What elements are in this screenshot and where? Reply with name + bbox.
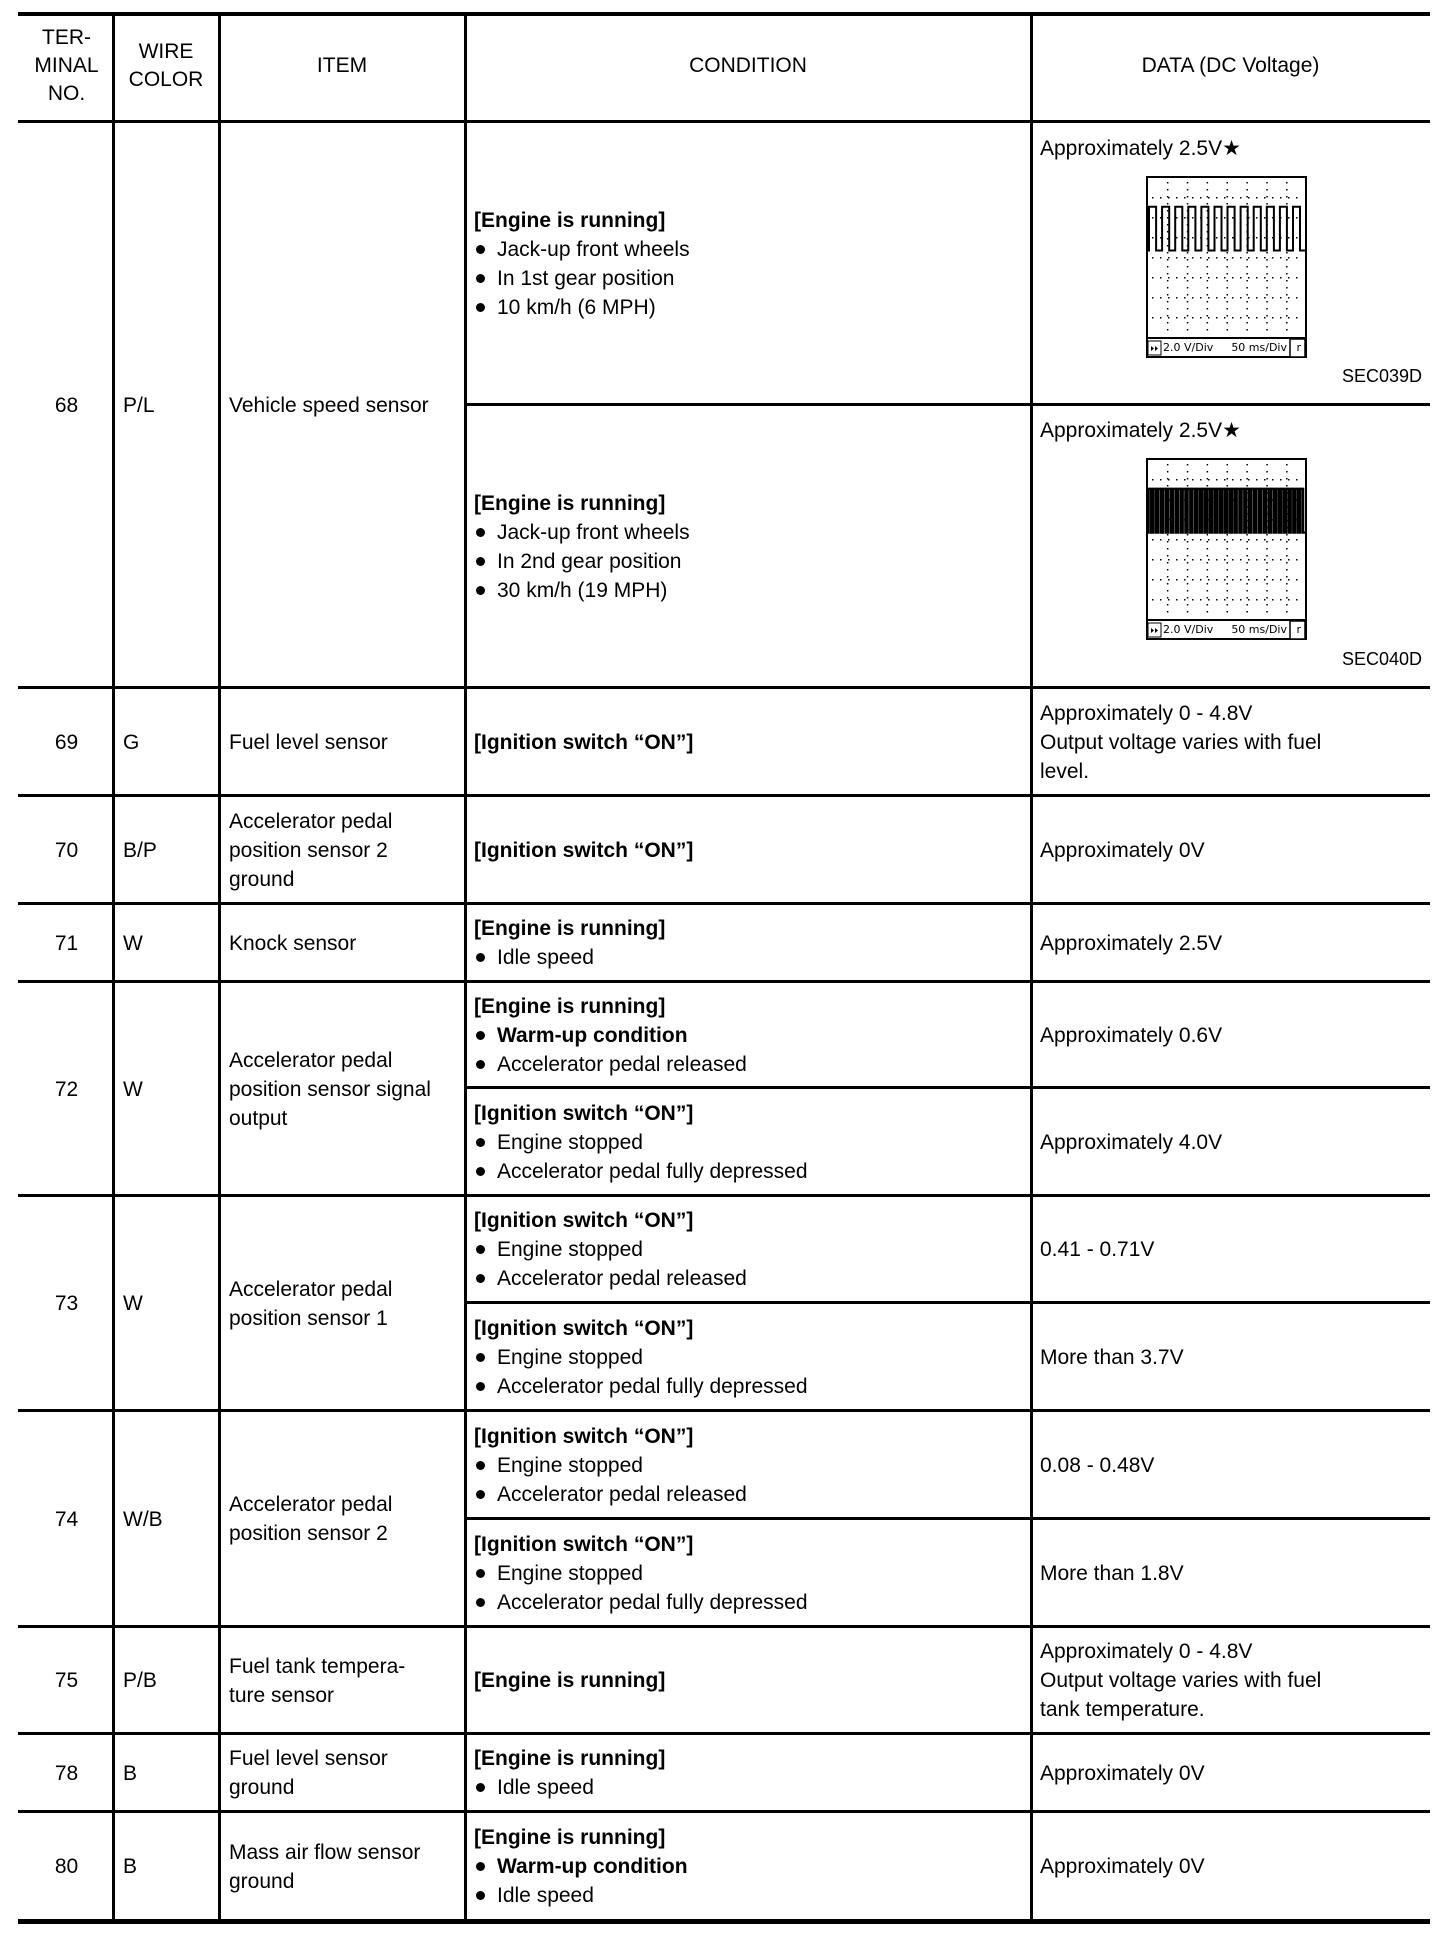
text-line: Approximately 2.5V <box>1040 929 1430 958</box>
table-rule <box>18 120 1430 123</box>
condition-bullet: Jack-up front wheels <box>474 518 1031 547</box>
condition-bullet: In 1st gear position <box>474 264 1031 293</box>
condition-bullet-text: In 1st gear position <box>497 264 674 293</box>
condition-bullet: Accelerator pedal fully depressed <box>474 1588 1031 1617</box>
condition: [Ignition switch “ON”]Engine stoppedAcce… <box>465 1197 1031 1302</box>
condition: [Ignition switch “ON”] <box>465 689 1031 795</box>
text-line: Fuel level sensor <box>229 728 461 757</box>
wire-color: W <box>113 905 219 981</box>
condition-bullet-text: Idle speed <box>497 943 594 972</box>
text-line: 0.41 - 0.71V <box>1040 1235 1430 1264</box>
condition-bullet-text: Idle speed <box>497 1881 594 1910</box>
data-value: Approximately 0 - 4.8VOutput voltage var… <box>1031 689 1430 795</box>
wire-color: W <box>113 983 219 1195</box>
wire-color: B <box>113 1813 219 1920</box>
condition-bullet: In 2nd gear position <box>474 547 1031 576</box>
bullet-icon <box>476 1569 485 1578</box>
wire-color: P/L <box>113 124 219 687</box>
condition-bullet: Accelerator pedal released <box>474 1264 1031 1293</box>
item-name: Fuel level sensorground <box>219 1735 465 1811</box>
text-line: MINAL <box>34 52 98 80</box>
condition-bullet-text: Jack-up front wheels <box>497 235 690 264</box>
condition-bullet-text: Engine stopped <box>497 1128 643 1157</box>
condition-title: [Ignition switch “ON”] <box>474 836 1031 865</box>
header-terminal-no: TER-MINALNO. <box>20 12 113 120</box>
terminal-number: 72 <box>20 983 113 1195</box>
text-line: Approximately 0 - 4.8V <box>1040 1637 1430 1666</box>
wire-color: P/B <box>113 1628 219 1733</box>
bullet-icon <box>476 1783 485 1792</box>
condition-bullet: Engine stopped <box>474 1343 1031 1372</box>
time-per-div-label: 50 ms/Div <box>1231 340 1287 356</box>
condition-bullet: Engine stopped <box>474 1451 1031 1480</box>
condition-bullet: Accelerator pedal fully depressed <box>474 1372 1031 1401</box>
text-line: TER- <box>42 24 91 52</box>
bullet-icon <box>476 528 485 537</box>
condition: [Ignition switch “ON”]Engine stoppedAcce… <box>465 1520 1031 1626</box>
condition-bullet: Accelerator pedal fully depressed <box>474 1157 1031 1186</box>
data-value: 0.41 - 0.71V <box>1031 1197 1430 1302</box>
time-per-div-label: 50 ms/Div <box>1231 622 1287 638</box>
header-condition: CONDITION <box>465 12 1031 120</box>
condition-bullet-text: 10 km/h (6 MPH) <box>497 293 656 322</box>
text-line: ground <box>229 865 461 894</box>
condition-title: [Engine is running] <box>474 489 1031 518</box>
text-line: Output voltage varies with fuel <box>1040 1666 1430 1695</box>
bullet-icon <box>476 953 485 962</box>
bullet-icon <box>476 1490 485 1499</box>
bullet-icon <box>476 1353 485 1362</box>
text-line: Approximately 4.0V <box>1040 1128 1430 1157</box>
text-line: Approximately 0.6V <box>1040 1021 1430 1050</box>
condition-bullet-text: Jack-up front wheels <box>497 518 690 547</box>
text-line: More than 1.8V <box>1040 1559 1430 1588</box>
condition-bullet-text: Accelerator pedal released <box>497 1050 747 1079</box>
text-line: Approximately 2.5V★ <box>1040 416 1430 445</box>
text-line: ground <box>229 1773 461 1802</box>
condition-bullet-text: Engine stopped <box>497 1235 643 1264</box>
condition-title: [Engine is running] <box>474 1744 1031 1773</box>
condition: [Ignition switch “ON”]Engine stoppedAcce… <box>465 1412 1031 1518</box>
data-value: Approximately 0 - 4.8VOutput voltage var… <box>1031 1628 1430 1733</box>
wire-color: W/B <box>113 1412 219 1626</box>
item-name: Vehicle speed sensor <box>219 124 465 687</box>
condition-bullet: Idle speed <box>474 943 1031 972</box>
text-line: NO. <box>48 80 85 108</box>
condition-title: [Ignition switch “ON”] <box>474 1099 1031 1128</box>
condition: [Engine is running]Idle speed <box>465 1735 1031 1811</box>
oscilloscope-waveform: 2.0 V/Div50 ms/Divr <box>1146 458 1307 640</box>
text-line: position sensor 1 <box>229 1304 461 1333</box>
data-value: 0.08 - 0.48V <box>1031 1412 1430 1518</box>
text-line: position sensor signal <box>229 1075 461 1104</box>
bullet-icon <box>476 1245 485 1254</box>
data-value: Approximately 0V <box>1031 797 1430 903</box>
condition: [Engine is running] <box>465 1628 1031 1733</box>
bullet-icon <box>476 1138 485 1147</box>
condition-bullet-text: Accelerator pedal fully depressed <box>497 1588 808 1617</box>
text-line: WIRE <box>139 38 194 66</box>
condition-title: [Engine is running] <box>474 992 1031 1021</box>
bullet-icon <box>476 274 485 283</box>
condition: [Ignition switch “ON”]Engine stoppedAcce… <box>465 1304 1031 1410</box>
data-value: Approximately 0V <box>1031 1813 1430 1920</box>
figure-id: SEC039D <box>1342 366 1422 386</box>
condition-bullet-text: Warm-up condition <box>497 1852 688 1881</box>
trigger-label: r <box>1296 622 1301 638</box>
text-line: More than 3.7V <box>1040 1343 1430 1372</box>
bullet-icon <box>476 1382 485 1391</box>
text-line: Fuel tank tempera- <box>229 1652 461 1681</box>
volts-per-div-label: 2.0 V/Div <box>1163 622 1213 638</box>
data-value: Approximately 0V <box>1031 1735 1430 1811</box>
condition-bullet: Engine stopped <box>474 1235 1031 1264</box>
bullet-icon <box>476 1598 485 1607</box>
condition-bullet-text: Warm-up condition <box>497 1021 688 1050</box>
data-value: Approximately 4.0V <box>1031 1089 1430 1195</box>
trigger-label: r <box>1296 340 1301 356</box>
header-data: DATA (DC Voltage) <box>1031 12 1430 120</box>
item-name: Knock sensor <box>219 905 465 981</box>
data-value: Approximately 0.6V <box>1031 983 1430 1087</box>
text-line: Approximately 0V <box>1040 836 1430 865</box>
condition-bullet-text: Accelerator pedal fully depressed <box>497 1157 808 1186</box>
text-line: Accelerator pedal <box>229 807 461 836</box>
bullet-icon <box>476 1060 485 1069</box>
text-line: Mass air flow sensor <box>229 1838 461 1867</box>
condition: [Ignition switch “ON”]Engine stoppedAcce… <box>465 1089 1031 1195</box>
wire-color: B/P <box>113 797 219 903</box>
condition: [Engine is running]Idle speed <box>465 905 1031 981</box>
text-line: Accelerator pedal <box>229 1490 461 1519</box>
condition-bullet: Jack-up front wheels <box>474 235 1031 264</box>
item-name: Fuel level sensor <box>219 689 465 795</box>
condition-bullet-text: Engine stopped <box>497 1343 643 1372</box>
condition-bullet: 30 km/h (19 MPH) <box>474 576 1031 605</box>
oscilloscope-waveform: 2.0 V/Div50 ms/Divr <box>1146 176 1307 358</box>
condition-title: [Ignition switch “ON”] <box>474 1530 1031 1559</box>
bullet-icon <box>476 586 485 595</box>
condition: [Ignition switch “ON”] <box>465 797 1031 903</box>
condition-title: [Engine is running] <box>474 1666 1031 1695</box>
condition-bullet: Idle speed <box>474 1881 1031 1910</box>
condition: [Engine is running]Warm-up conditionAcce… <box>465 983 1031 1087</box>
terminal-number: 70 <box>20 797 113 903</box>
bullet-icon <box>476 1274 485 1283</box>
terminal-number: 74 <box>20 1412 113 1626</box>
condition-bullet: Engine stopped <box>474 1128 1031 1157</box>
text-line: Approximately 0 - 4.8V <box>1040 699 1430 728</box>
bullet-icon <box>476 1862 485 1871</box>
condition-title: [Ignition switch “ON”] <box>474 728 1031 757</box>
condition-title: [Engine is running] <box>474 206 1031 235</box>
bullet-icon <box>476 1167 485 1176</box>
condition-bullet-text: Accelerator pedal released <box>497 1264 747 1293</box>
condition-bullet-text: Accelerator pedal fully depressed <box>497 1372 808 1401</box>
text-line: Approximately 0V <box>1040 1852 1430 1881</box>
condition-title: [Ignition switch “ON”] <box>474 1314 1031 1343</box>
text-line: tank temperature. <box>1040 1695 1430 1724</box>
volts-per-div-label: 2.0 V/Div <box>1163 340 1213 356</box>
condition-bullet: Idle speed <box>474 1773 1031 1802</box>
condition-title: [Ignition switch “ON”] <box>474 1422 1031 1451</box>
text-line: Approximately 2.5V★ <box>1040 134 1430 163</box>
text-line: Accelerator pedal <box>229 1046 461 1075</box>
text-line: Approximately 0V <box>1040 1759 1430 1788</box>
text-line: output <box>229 1104 461 1133</box>
bullet-icon <box>476 1461 485 1470</box>
condition-bullet: Engine stopped <box>474 1559 1031 1588</box>
terminal-number: 78 <box>20 1735 113 1811</box>
item-name: Accelerator pedalposition sensor 2ground <box>219 797 465 903</box>
text-line: level. <box>1040 757 1430 786</box>
condition-title: [Ignition switch “ON”] <box>474 1206 1031 1235</box>
text-line: ground <box>229 1867 461 1896</box>
condition: [Engine is running]Warm-up conditionIdle… <box>465 1813 1031 1920</box>
text-line: position sensor 2 <box>229 1519 461 1548</box>
bullet-icon <box>476 557 485 566</box>
terminal-number: 68 <box>20 124 113 687</box>
header-item: ITEM <box>219 12 465 120</box>
text-line: Knock sensor <box>229 929 461 958</box>
text-line: Fuel level sensor <box>229 1744 461 1773</box>
figure-id: SEC040D <box>1342 649 1422 669</box>
text-line: Accelerator pedal <box>229 1275 461 1304</box>
condition: [Engine is running]Jack-up front wheelsI… <box>465 406 1031 687</box>
wire-color: G <box>113 689 219 795</box>
condition-bullet-text: Engine stopped <box>497 1451 643 1480</box>
condition-bullet-text: In 2nd gear position <box>497 547 681 576</box>
condition-bullet: Warm-up condition <box>474 1852 1031 1881</box>
terminal-number: 75 <box>20 1628 113 1733</box>
condition-bullet-text: 30 km/h (19 MPH) <box>497 576 667 605</box>
text-line: Vehicle speed sensor <box>229 391 461 420</box>
terminal-number: 73 <box>20 1197 113 1410</box>
condition-bullet-text: Accelerator pedal released <box>497 1480 747 1509</box>
condition-bullet: Warm-up condition <box>474 1021 1031 1050</box>
text-line: COLOR <box>129 66 204 94</box>
bullet-icon <box>476 1031 485 1040</box>
text-line: ture sensor <box>229 1681 461 1710</box>
terminal-number: 71 <box>20 905 113 981</box>
data-value: Approximately 2.5V <box>1031 905 1430 981</box>
condition: [Engine is running]Jack-up front wheelsI… <box>465 124 1031 404</box>
condition-title: [Engine is running] <box>474 914 1031 943</box>
condition-bullet-text: Idle speed <box>497 1773 594 1802</box>
bullet-icon <box>476 245 485 254</box>
data-value: More than 1.8V <box>1031 1520 1430 1626</box>
bullet-icon <box>476 1891 485 1900</box>
condition-bullet: Accelerator pedal released <box>474 1480 1031 1509</box>
item-name: Accelerator pedalposition sensor 2 <box>219 1412 465 1626</box>
header-wire-color: WIRECOLOR <box>113 12 219 120</box>
condition-bullet-text: Engine stopped <box>497 1559 643 1588</box>
condition-bullet: Accelerator pedal released <box>474 1050 1031 1079</box>
text-line: Output voltage varies with fuel <box>1040 728 1430 757</box>
bullet-icon <box>476 303 485 312</box>
item-name: Accelerator pedalposition sensor 1 <box>219 1197 465 1410</box>
item-name: Fuel tank tempera-ture sensor <box>219 1628 465 1733</box>
item-name: Mass air flow sensorground <box>219 1813 465 1920</box>
wire-color: W <box>113 1197 219 1410</box>
wire-color: B <box>113 1735 219 1811</box>
condition-title: [Engine is running] <box>474 1823 1031 1852</box>
text-line: position sensor 2 <box>229 836 461 865</box>
terminal-number: 69 <box>20 689 113 795</box>
text-line: 0.08 - 0.48V <box>1040 1451 1430 1480</box>
terminal-number: 80 <box>20 1813 113 1920</box>
condition-bullet: 10 km/h (6 MPH) <box>474 293 1031 322</box>
item-name: Accelerator pedalposition sensor signalo… <box>219 983 465 1195</box>
data-value: More than 3.7V <box>1031 1304 1430 1410</box>
